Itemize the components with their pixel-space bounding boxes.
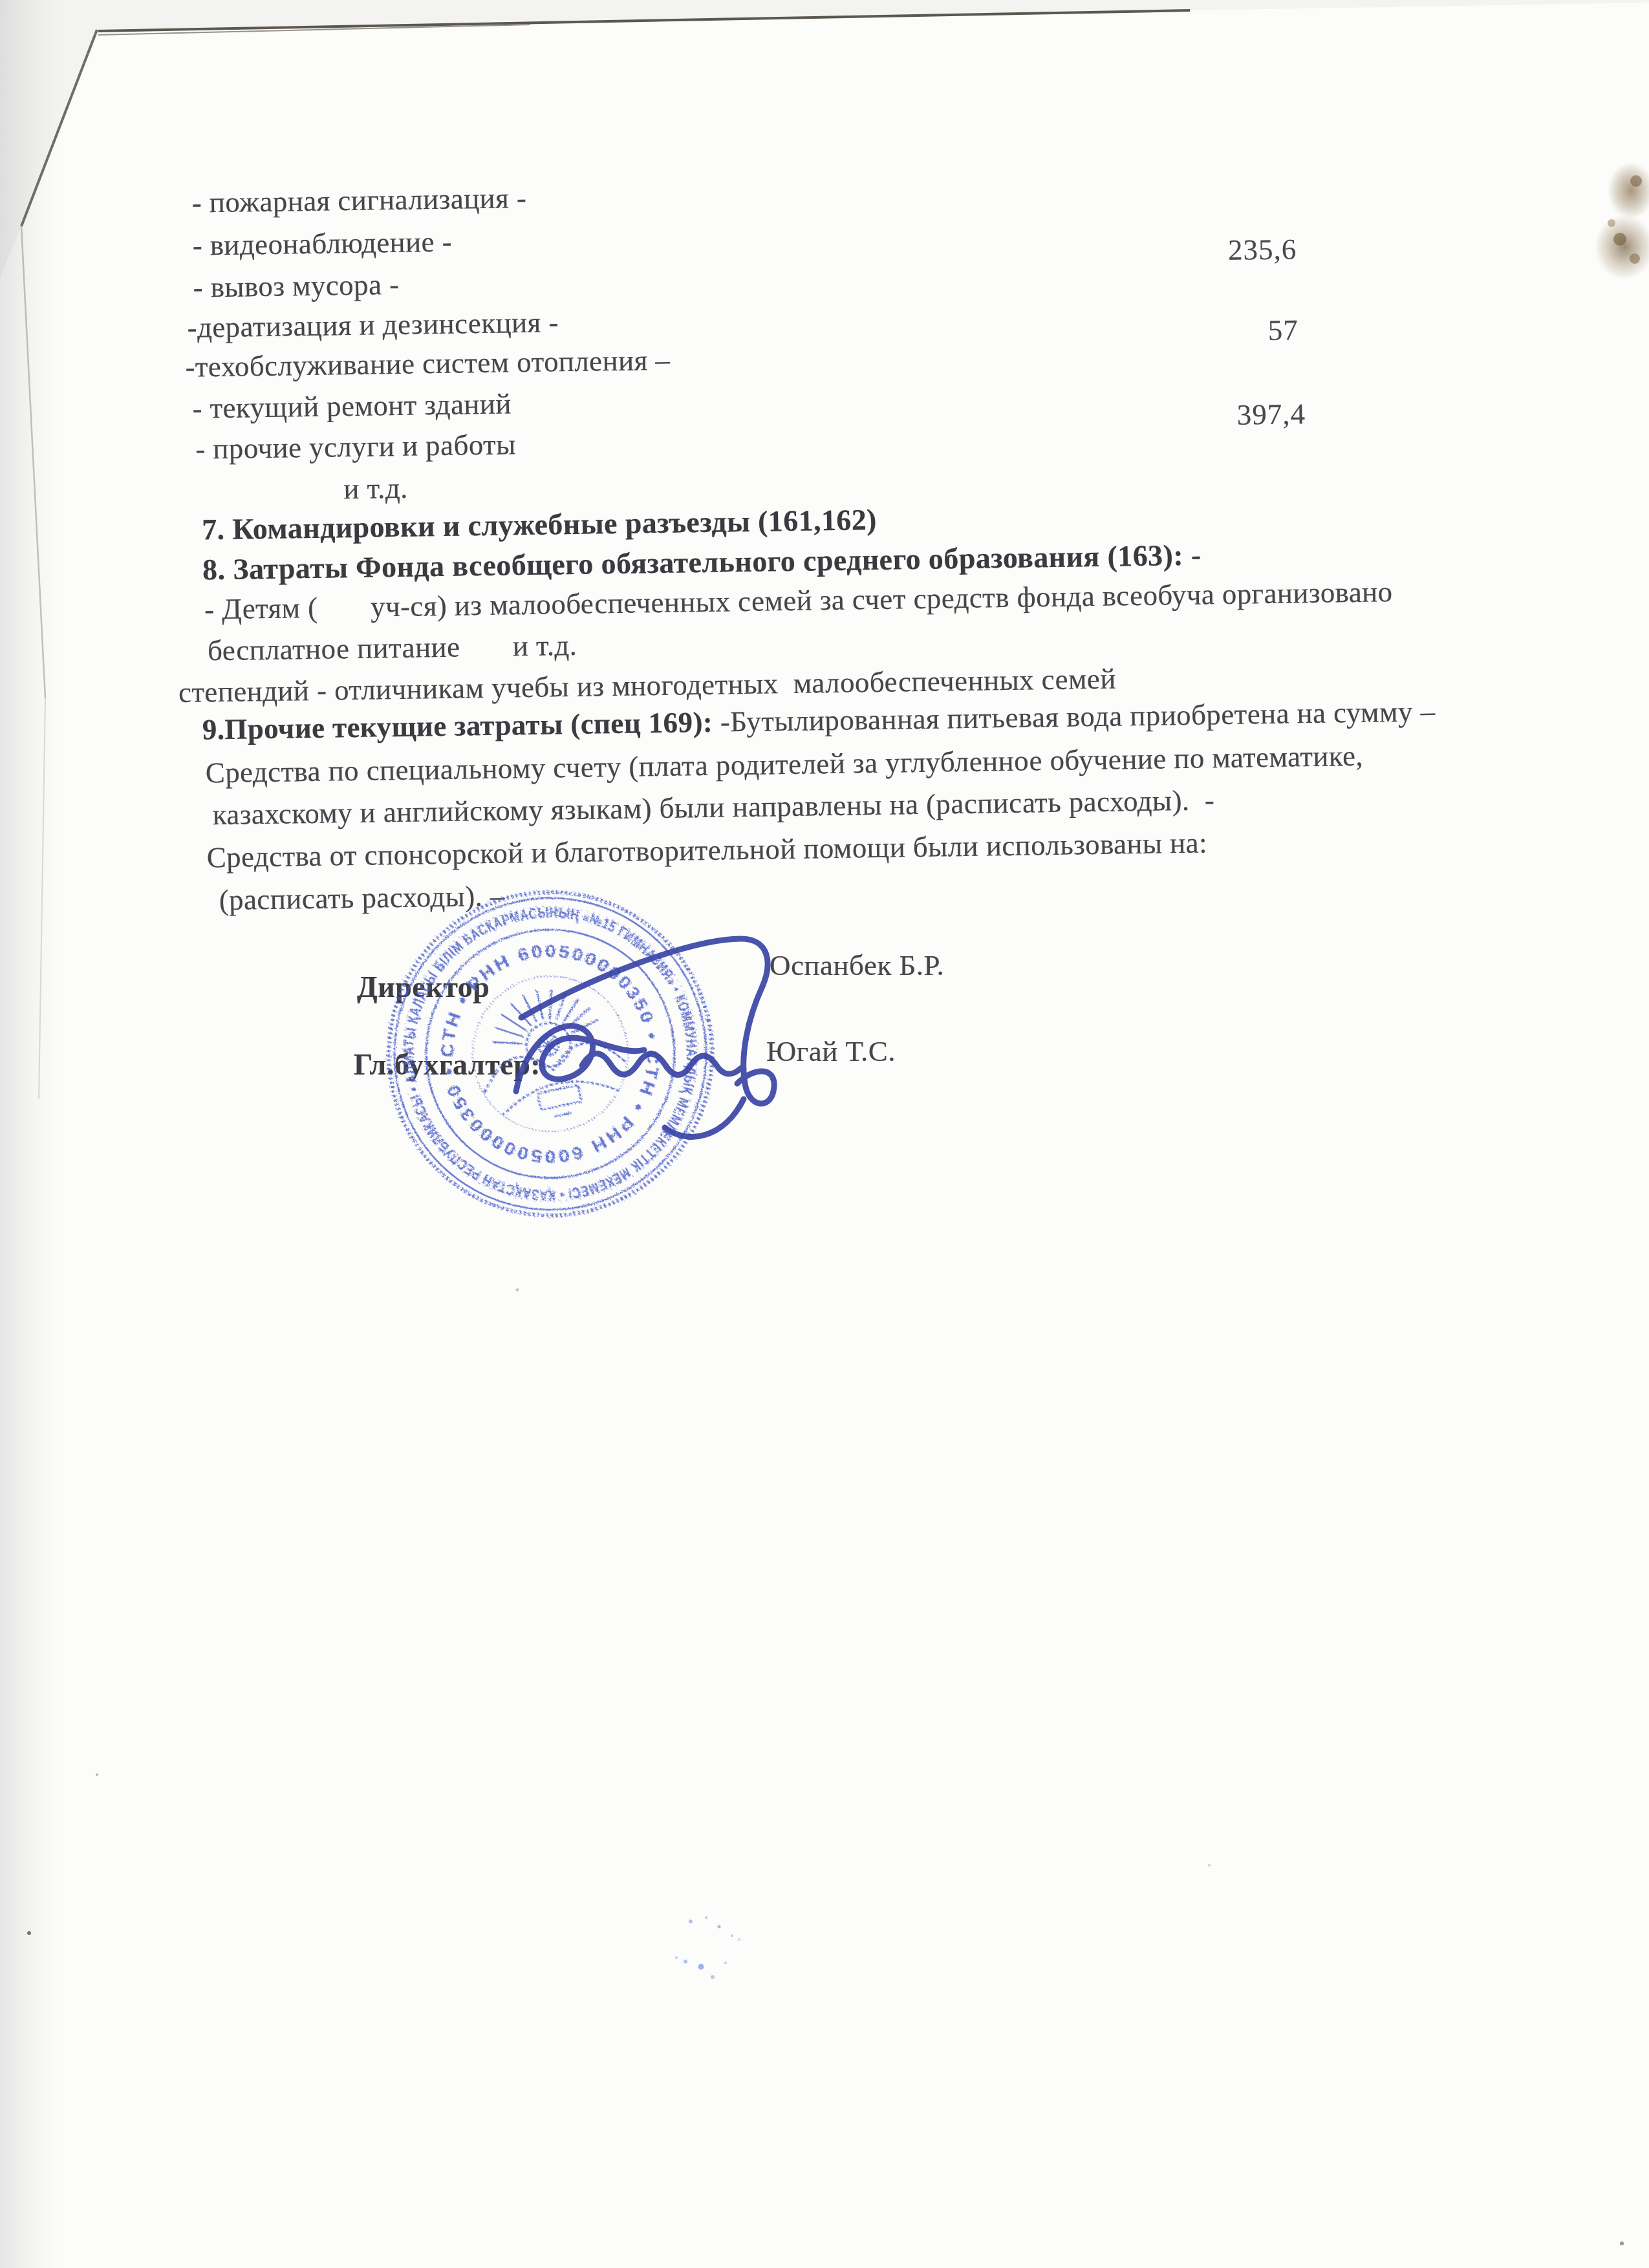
scanned-page: - пожарная сигнализация - - видеонаблюде… bbox=[0, 0, 1649, 2268]
director-name: Оспанбек Б.Р. bbox=[770, 948, 944, 982]
paragraph-sponsorship: Средства от спонсорской и благотворитель… bbox=[206, 826, 1207, 874]
expense-line-etc: и т.д. bbox=[343, 471, 408, 506]
expense-line-heating: -техобслуживание систем отопления – bbox=[185, 343, 670, 384]
expense-value-deratization: 57 bbox=[1267, 313, 1299, 347]
paragraph-item9-text: -Бутылированная питьевая вода приобретен… bbox=[713, 695, 1436, 738]
accountant-name: Югай Т.С. bbox=[766, 1034, 896, 1068]
expense-value-repair: 397,4 bbox=[1236, 397, 1306, 432]
typed-content: - пожарная сигнализация - - видеонаблюде… bbox=[0, 0, 1649, 2268]
paragraph-item9-heading: 9.Прочие текущие затраты (спец 169): bbox=[202, 706, 713, 746]
paragraph-write-out: (расписать расходы). – bbox=[219, 879, 505, 917]
paragraph-special-account-1: Средства по специальному счету (плата ро… bbox=[205, 739, 1363, 790]
accountant-label: Гл.бухгалтер: bbox=[354, 1047, 541, 1082]
expense-line-repair: - текущий ремонт зданий bbox=[192, 387, 512, 425]
expense-line-fire-alarm: - пожарная сигнализация - bbox=[191, 181, 526, 220]
paragraph-free-meals: бесплатное питание и т.д. bbox=[208, 628, 577, 667]
expense-line-deratization: -дератизация и дезинсекция - bbox=[187, 305, 559, 345]
director-label: Директор bbox=[357, 970, 490, 1004]
expense-value-cctv: 235,6 bbox=[1228, 232, 1297, 267]
expense-line-garbage: - вывоз мусора - bbox=[193, 268, 399, 305]
expense-line-cctv: - видеонаблюдение - bbox=[192, 225, 452, 262]
paragraph-special-account-2: казахскому и английскому языкам) были на… bbox=[212, 783, 1214, 831]
paragraph-item7: 7. Командировки и служебные разъезды (16… bbox=[202, 502, 877, 546]
expense-line-other-services: - прочие услуги и работы bbox=[195, 427, 516, 465]
